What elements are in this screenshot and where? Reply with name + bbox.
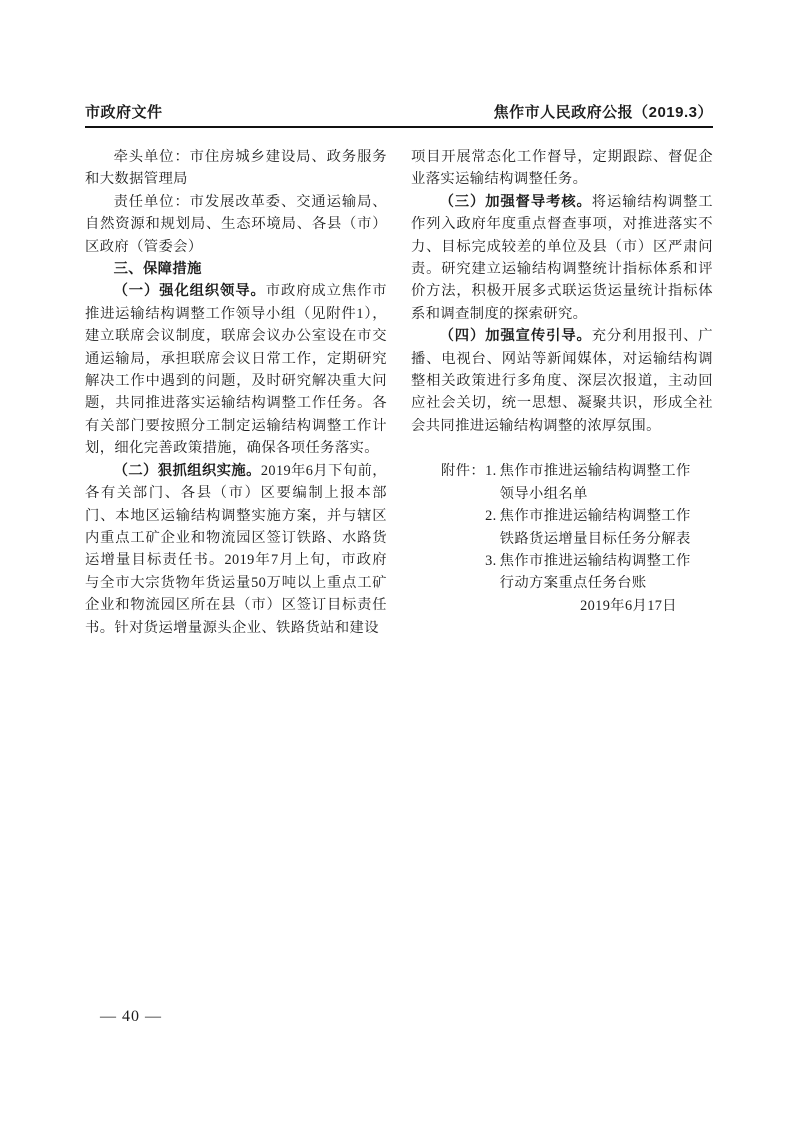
paragraph-3-lead: （三）加强督导考核。 [440, 194, 592, 210]
paragraph-2-continuation: 项目开展常态化工作督导，定期跟踪、督促企业落实运输结构调整任务。 [411, 146, 713, 191]
attachment-line: 焦作市推进运输结构调整工作 [500, 550, 691, 572]
attachment-item: 3. 焦作市推进运输结构调整工作 行动方案重点任务台账 [485, 550, 713, 595]
paragraph-2-text: 2019年6月下旬前，各有关部门、各县（市）区要编制上报本部门、本地区运输结构调… [85, 463, 387, 636]
paragraph-2: （二）狠抓组织实施。2019年6月下旬前，各有关部门、各县（市）区要编制上报本部… [85, 460, 387, 639]
body-columns: 牵头单位：市住房城乡建设局、政务服务和大数据管理局 责任单位：市发展改革委、交通… [85, 146, 713, 639]
attachment-text: 焦作市推进运输结构调整工作 领导小组名单 [500, 460, 691, 505]
paragraph-2-lead: （二）狠抓组织实施。 [114, 463, 261, 479]
paragraph-4: （四）加强宣传引导。充分利用报刊、广播、电视台、网站等新闻媒体，对运输结构调整相… [411, 325, 713, 437]
attachment-item: 2. 焦作市推进运输结构调整工作 铁路货运增量目标任务分解表 [485, 505, 713, 550]
paragraph-4-lead: （四）加强宣传引导。 [440, 328, 592, 344]
attachments-label: 附件： [441, 460, 485, 594]
attachment-number: 2. [485, 505, 497, 550]
attachments-list: 1. 焦作市推进运输结构调整工作 领导小组名单 2. 焦作市推进运输结构调整工作… [485, 460, 713, 594]
paragraph-lead-unit: 牵头单位：市住房城乡建设局、政务服务和大数据管理局 [85, 146, 387, 191]
attachment-text: 焦作市推进运输结构调整工作 行动方案重点任务台账 [500, 550, 691, 595]
paragraph-3: （三）加强督导考核。将运输结构调整工作列入政府年度重点督查事项，对推进落实不力、… [411, 191, 713, 325]
header-doc-type: 市政府文件 [85, 101, 163, 122]
attachment-line: 领导小组名单 [500, 483, 691, 505]
paragraph-resp-unit: 责任单位：市发展改革委、交通运输局、自然资源和规划局、生态环境局、各县（市）区政… [85, 191, 387, 258]
attachment-number: 3. [485, 550, 497, 595]
page-number: — 40 — [100, 1008, 162, 1026]
header-gazette-title: 焦作市人民政府公报（2019.3） [494, 101, 713, 122]
paragraph-1-text: 市政府成立焦作市推进运输结构调整工作领导小组（见附件1），建立联席会议制度，联席… [85, 283, 387, 456]
section-heading: 三、保障措施 [85, 258, 387, 280]
paragraph-1-lead: （一）强化组织领导。 [114, 283, 266, 299]
running-header: 市政府文件 焦作市人民政府公报（2019.3） [85, 101, 713, 122]
header-rule [85, 126, 713, 128]
attachment-text: 焦作市推进运输结构调整工作 铁路货运增量目标任务分解表 [500, 505, 691, 550]
right-column: 项目开展常态化工作督导，定期跟踪、督促企业落实运输结构调整任务。 （三）加强督导… [411, 146, 713, 639]
left-column: 牵头单位：市住房城乡建设局、政务服务和大数据管理局 责任单位：市发展改革委、交通… [85, 146, 387, 639]
attachment-line: 焦作市推进运输结构调整工作 [500, 505, 691, 527]
attachment-line: 焦作市推进运输结构调整工作 [500, 460, 691, 482]
date-line: 2019年6月17日 [411, 595, 713, 617]
attachment-number: 1. [485, 460, 497, 505]
document-page: 市政府文件 焦作市人民政府公报（2019.3） 牵头单位：市住房城乡建设局、政务… [0, 0, 793, 1122]
paragraph-1: （一）强化组织领导。市政府成立焦作市推进运输结构调整工作领导小组（见附件1），建… [85, 280, 387, 459]
paragraph-3-text: 将运输结构调整工作列入政府年度重点督查事项，对推进落实不力、目标完成较差的单位及… [411, 194, 713, 322]
attachment-line: 铁路货运增量目标任务分解表 [500, 528, 691, 550]
attachments-block: 附件： 1. 焦作市推进运输结构调整工作 领导小组名单 2. 焦作市推进运输结构… [441, 460, 713, 594]
attachment-line: 行动方案重点任务台账 [500, 572, 691, 594]
attachment-item: 1. 焦作市推进运输结构调整工作 领导小组名单 [485, 460, 713, 505]
